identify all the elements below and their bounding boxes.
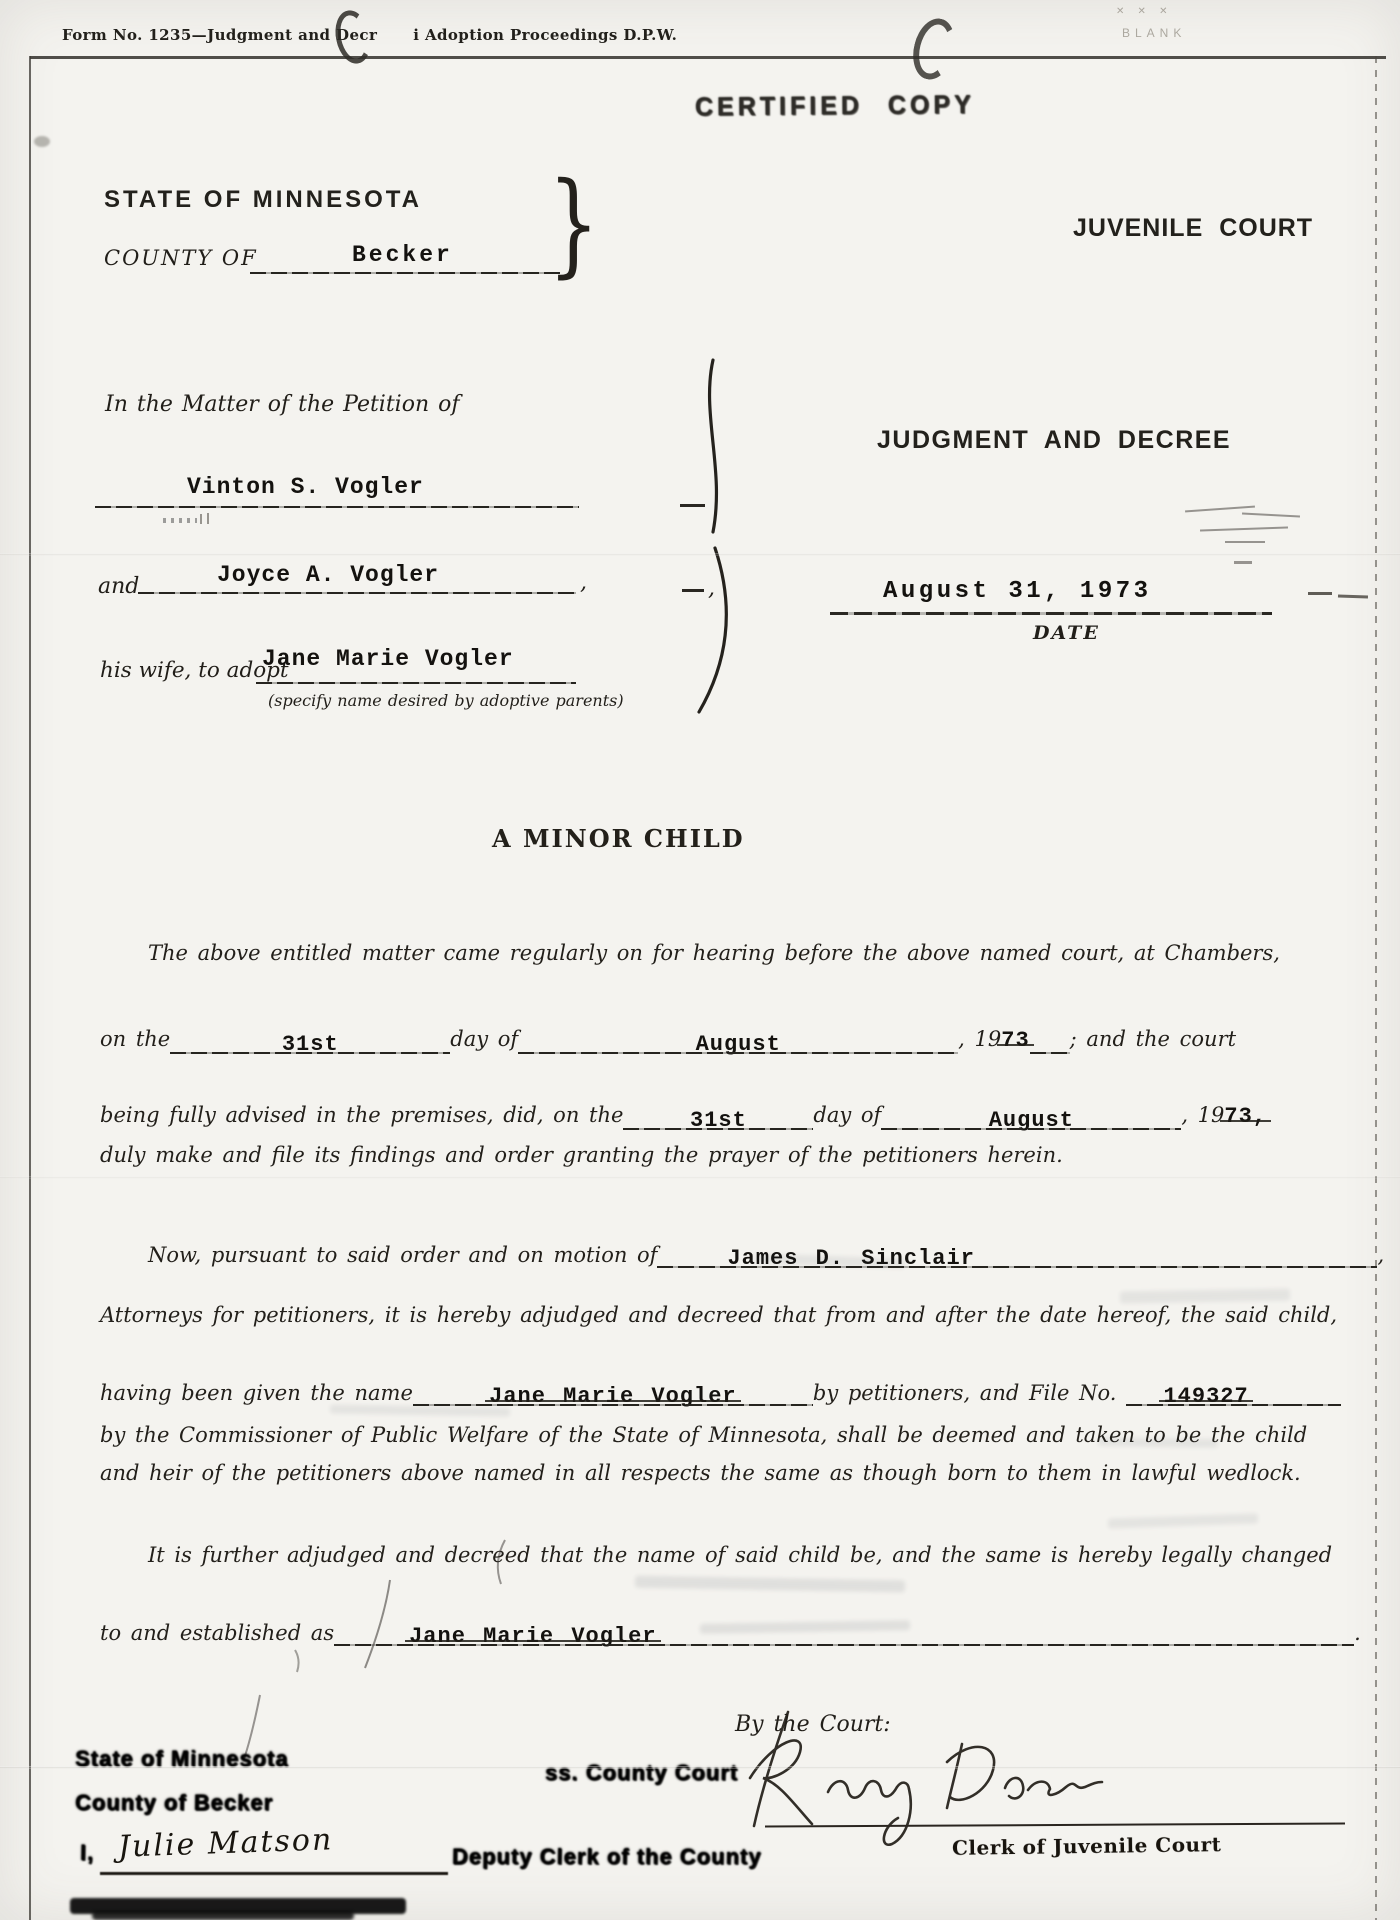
- order-month: August: [989, 1108, 1074, 1133]
- stray-pencil-marks: [163, 518, 197, 523]
- form-number-left: Form No. 1235—Judgment and Decr: [62, 26, 377, 44]
- stray-tick-mark: [207, 513, 209, 524]
- order-year: 73,: [1224, 1104, 1267, 1129]
- paper-crease: [0, 553, 1400, 556]
- border-right-line: [1375, 56, 1377, 1920]
- date-fill-line: [830, 612, 1272, 615]
- notary-stamp-ss: ss. County Court: [545, 1760, 739, 1786]
- form-number-right: i Adoption Proceedings D.P.W.: [413, 26, 677, 44]
- hearing-month: August: [696, 1032, 781, 1057]
- paragraph-line-order-date: being fully advised in the premises, did…: [100, 1100, 1360, 1132]
- comma-mark: ,: [580, 570, 587, 595]
- date-label: DATE: [1033, 622, 1100, 644]
- bleed-through-mark: [1108, 1513, 1258, 1528]
- county-value: Becker: [352, 242, 453, 268]
- matter-brace: [695, 352, 745, 717]
- short-fill: [1030, 1028, 1070, 1056]
- eraser-smudge: [1185, 506, 1255, 513]
- paragraph-line: and heir of the petitioners above named …: [100, 1458, 1360, 1488]
- adopt-label: his wife, to adopt: [100, 658, 289, 683]
- petitioner1-name: Vinton S. Vogler: [187, 474, 424, 500]
- scanned-court-document: Form No. 1235—Judgment and Decr i Adopti…: [0, 0, 1400, 1920]
- day-fill: 31st: [623, 1104, 813, 1132]
- paragraph-line: Attorneys for petitioners, it is hereby …: [100, 1300, 1360, 1330]
- day-fill: 31st: [170, 1028, 450, 1056]
- stray-dash: [1308, 592, 1332, 595]
- paper-crease: [0, 1176, 1400, 1179]
- petitioner1-fill-line: [95, 506, 579, 508]
- paper-spot: [34, 136, 50, 147]
- paragraph-line: duly make and file its findings and orde…: [100, 1140, 1360, 1170]
- petitioner2-name: Joyce A. Vogler: [217, 562, 439, 588]
- minor-child-heading: A MINOR CHILD: [492, 824, 745, 853]
- deputy-signature-line: [100, 1872, 448, 1875]
- caption-brace: }: [548, 168, 599, 280]
- text-day-of: day of: [813, 1103, 881, 1127]
- decree-date: August 31, 1973: [883, 578, 1152, 605]
- short-fill: [1286, 1380, 1341, 1408]
- paragraph-line-given-name: having been given the nameJane Marie Vog…: [100, 1378, 1360, 1408]
- faded-corner-marks: ✕ ✕ ✕: [1116, 6, 1173, 17]
- petitioner2-fill-line: [138, 592, 576, 594]
- eraser-smudge: [1200, 526, 1288, 531]
- illegible-stamp-smudge: [92, 1911, 354, 1920]
- juvenile-court-heading: JUVENILE COURT: [1073, 214, 1313, 243]
- bleed-through-mark: [330, 1404, 510, 1416]
- notary-stamp-i: I,: [80, 1840, 95, 1866]
- given-name: Jane Marie Vogler: [489, 1384, 736, 1409]
- matter-intro: In the Matter of the Petition of: [105, 392, 460, 417]
- given-name-fill: Jane Marie Vogler: [413, 1380, 813, 1408]
- notary-stamp-county: County of Becker: [75, 1790, 274, 1816]
- border-top-line: [30, 56, 1386, 59]
- certified-copy-stamp: CERTIFIED COPY: [695, 90, 975, 123]
- specify-note: (specify name desired by adoptive parent…: [268, 691, 624, 710]
- file-no-fill: 149327: [1126, 1380, 1286, 1408]
- order-day: 31st: [690, 1108, 747, 1133]
- stray-tick-mark: [200, 514, 202, 524]
- county-label: COUNTY OF: [104, 246, 258, 270]
- month-fill: August: [881, 1104, 1181, 1132]
- paper-crease: [0, 1766, 1400, 1769]
- eraser-smudge: [1234, 561, 1252, 564]
- hearing-year: 73: [1001, 1028, 1029, 1053]
- text-and-court: ; and the court: [1070, 1027, 1236, 1051]
- period-mark: .: [1354, 1621, 1361, 1645]
- clerk-title: Clerk of Juvenile Court: [952, 1832, 1222, 1860]
- text-comma-19: , 19: [958, 1027, 1001, 1051]
- text-comma-19: , 19: [1181, 1103, 1224, 1127]
- text-now-pursuant: Now, pursuant to said order and on motio…: [148, 1243, 657, 1267]
- comma-mark: ,: [1377, 1243, 1384, 1267]
- deputy-clerk-signature: Julie Matson: [117, 1822, 333, 1864]
- blank-stamp: BLANK: [1122, 26, 1186, 40]
- month-fill: August: [518, 1028, 958, 1056]
- eraser-smudge: [1225, 541, 1265, 543]
- hearing-day: 31st: [282, 1032, 339, 1057]
- eraser-smudge: [1242, 512, 1300, 517]
- document-title: JUDGMENT AND DECREE: [877, 426, 1231, 455]
- county-fill-line: [250, 272, 560, 274]
- text-day-of: day of: [450, 1027, 518, 1051]
- state-heading: STATE OF MINNESOTA: [104, 186, 422, 214]
- and-label: and: [98, 574, 139, 599]
- text-having-given: having been given the name: [100, 1381, 413, 1405]
- text-file-no: by petitioners, and File No.: [813, 1381, 1117, 1405]
- text-advised: being fully advised in the premises, did…: [100, 1103, 623, 1127]
- child-name: Jane Marie Vogler: [262, 646, 514, 672]
- hole-punch-mark-icon: [907, 14, 961, 84]
- paragraph-line: The above entitled matter came regularly…: [148, 938, 1400, 968]
- stray-dash: [1338, 594, 1368, 598]
- file-number: 149327: [1163, 1384, 1248, 1409]
- child-name-fill-line: [256, 682, 576, 684]
- paragraph-line-hearing-date: on the31stday ofAugust, 1973; and the co…: [100, 1024, 1360, 1056]
- border-left-line: [29, 56, 31, 1920]
- text-on-the: on the: [100, 1027, 170, 1051]
- notary-stamp-deputy-title: Deputy Clerk of the County: [452, 1844, 762, 1870]
- bleed-through-mark: [635, 1576, 905, 1593]
